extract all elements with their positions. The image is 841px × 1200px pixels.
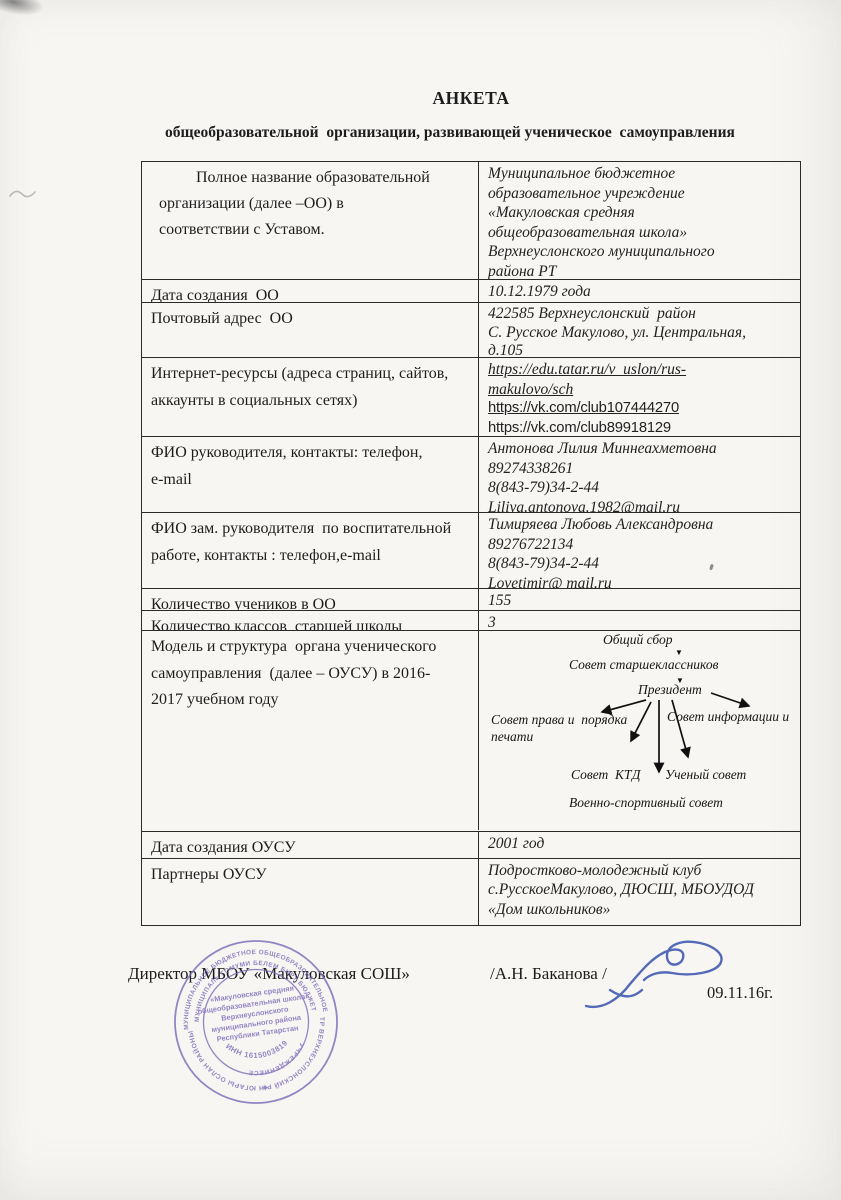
row-value: Муниципальное бюджетное образовательное … <box>478 162 800 279</box>
row-value: 155 <box>478 589 800 610</box>
table-row-postal-address: Почтовый адрес ОО 422585 Верхнеуслонский… <box>142 303 800 358</box>
handwritten-signature <box>572 928 742 1013</box>
row-label: Почтовый адрес ОО <box>142 303 478 357</box>
diagram-node-military-sports-council: Военно-спортивный совет <box>569 794 723 811</box>
scanned-document-page: АНКЕТА общеобразовательной организации, … <box>0 0 841 1200</box>
table-row-student-count: Количество учеников в ОО 155 <box>142 589 800 611</box>
table-row-director-contacts: ФИО руководителя, контакты: телефон, e-m… <box>142 437 800 513</box>
table-row-internet-resources: Интернет-ресурсы (адреса страниц, сайтов… <box>142 358 800 437</box>
row-label: Количество учеников в ОО <box>142 589 478 610</box>
scan-smudge-artifact <box>0 0 46 20</box>
diagram-node-information-council: Совет информации и <box>667 708 789 725</box>
row-label: Полное название образовательной организа… <box>142 162 478 279</box>
diagram-node-general-meeting: Общий сбор <box>603 631 673 648</box>
structure-diagram: Общий сбор ▼ Совет старшеклассников ▼ Пр… <box>478 631 800 830</box>
scan-squiggle-artifact <box>8 183 38 203</box>
row-label: Дата создания ОУСУ <box>142 832 478 858</box>
diagram-node-science-council: Ученый совет <box>665 766 746 783</box>
info-table: Полное название образовательной организа… <box>141 161 801 926</box>
row-value: 10.12.1979 года <box>478 280 800 302</box>
row-label: ФИО зам. руководителя по воспитательной … <box>142 513 478 588</box>
row-value: https://edu.tatar.ru/v_uslon/rus- makulo… <box>478 358 800 436</box>
row-label: ФИО руководителя, контакты: телефон, e-m… <box>142 437 478 512</box>
row-label: Интернет-ресурсы (адреса страниц, сайтов… <box>142 358 478 436</box>
row-value: 422585 Верхнеуслонский район С. Русское … <box>478 303 800 357</box>
table-row-creation-date: Дата создания ОО 10.12.1979 года <box>142 280 800 303</box>
diagram-node-ktd-council: Совет КТД <box>571 766 640 783</box>
row-label: Количество классов старшей школы <box>142 611 478 631</box>
row-label: Модель и структура органа ученического с… <box>142 631 478 831</box>
row-label: Дата создания ОО <box>142 280 478 302</box>
row-value: Подростково-молодежный клуб с.РусскоеМак… <box>478 859 800 925</box>
table-row-ousu-partners: Партнеры ОУСУ Подростково-молодежный клу… <box>142 859 800 925</box>
stamp-star-icon: ✦ <box>260 1083 270 1095</box>
document-subtitle: общеобразовательной организации, развива… <box>70 124 830 142</box>
row-value: 3 <box>478 611 800 631</box>
url-line: https://edu.tatar.ru/v_uslon/rus- <box>488 360 796 380</box>
row-value: 2001 год <box>478 832 800 858</box>
row-value: Тимиряева Любовь Александровна 892767221… <box>478 513 800 588</box>
official-round-stamp: МУНИЦИПАЛЬНОЕ БЮДЖЕТНОЕ ОБЩЕОБРАЗОВАТЕЛЬ… <box>159 925 353 1119</box>
table-row-class-count: Количество классов старшей школы 3 <box>142 611 800 632</box>
row-value: Антонова Лилия Миннеахметовна 8927433826… <box>478 437 800 512</box>
diagram-node-law-order-council: Совет права и порядкапечати <box>491 711 627 745</box>
url-line: https://vk.com/club89918129 <box>488 419 796 436</box>
document-title: АНКЕТА <box>141 88 801 109</box>
table-row-ousu-structure: Модель и структура органа ученического с… <box>142 631 800 832</box>
diagram-node-president: Президент <box>638 681 702 698</box>
table-row-deputy-contacts: ФИО зам. руководителя по воспитательной … <box>142 513 800 589</box>
row-label: Партнеры ОУСУ <box>142 859 478 925</box>
table-row-ousu-creation-date: Дата создания ОУСУ 2001 год <box>142 832 800 859</box>
url-line: makulovo/sch <box>488 380 796 400</box>
table-row-full-name: Полное название образовательной организа… <box>142 162 800 280</box>
diagram-node-seniors-council: Совет старшеклассников <box>569 656 718 673</box>
url-line: https://vk.com/club107444270 <box>488 399 796 419</box>
